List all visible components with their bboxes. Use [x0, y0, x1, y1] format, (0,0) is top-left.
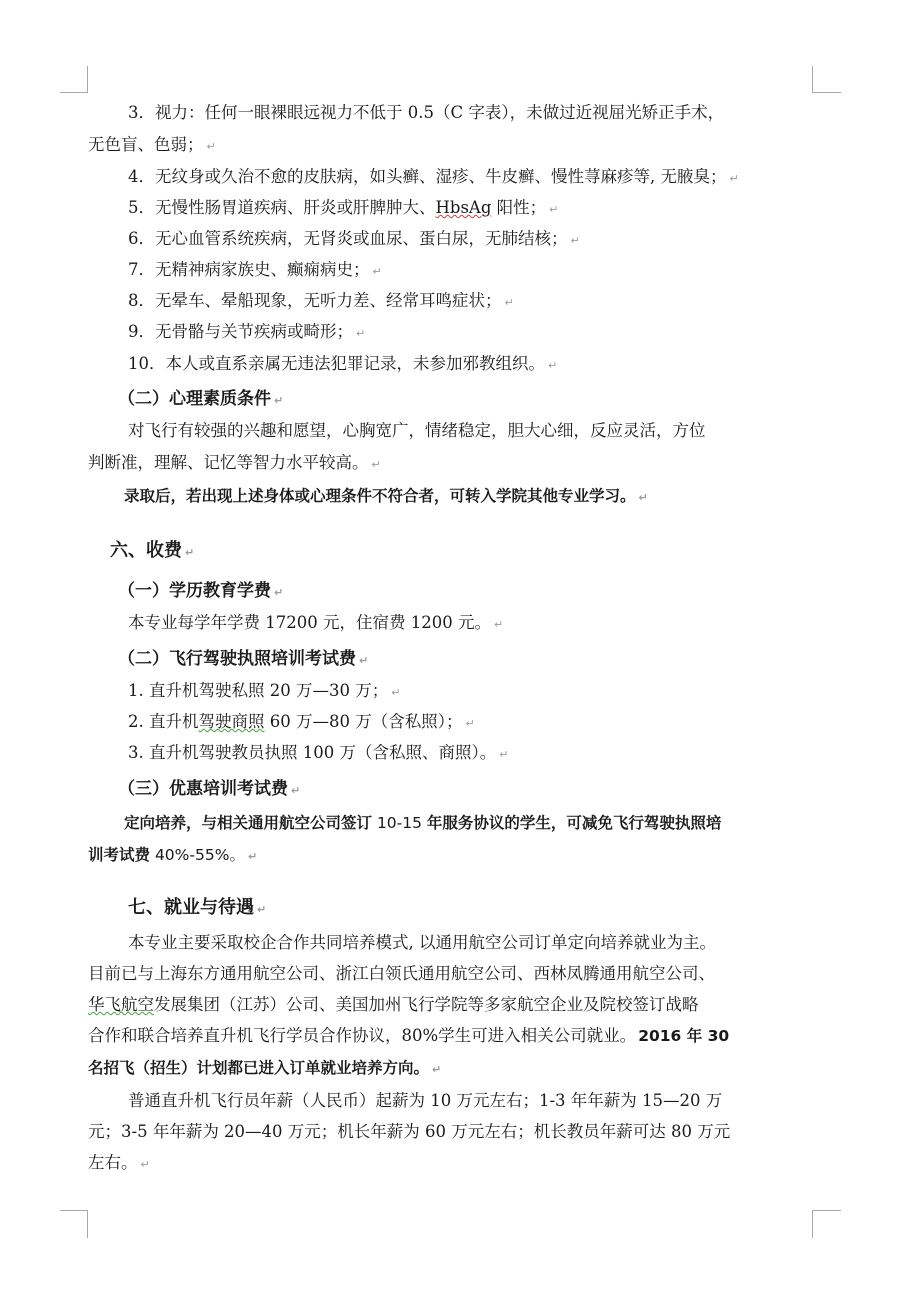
- discount-text-line1: 定向培养，与相关通用航空公司签订 10-15 年服务协议的学生，可减免飞行驾驶执…: [124, 812, 721, 834]
- paragraph-mark-icon: ↵: [639, 491, 648, 504]
- text: 六、收费: [110, 540, 182, 561]
- paragraph-mark-icon: ↵: [356, 327, 365, 340]
- license-fee-heading: （二）飞行驾驶执照培训考试费↵: [118, 648, 368, 672]
- paragraph-mark-icon: ↵: [291, 784, 300, 797]
- paragraph-mark-icon: ↵: [185, 546, 194, 559]
- text: 6．无心血管系统疾病，无肾炎或血尿、蛋白尿，无肺结核；: [128, 229, 568, 248]
- text: 9．无骨骼与关节疾病或畸形；: [128, 322, 353, 341]
- margin-corner-top-left: [60, 66, 88, 93]
- paragraph-mark-icon: ↵: [499, 748, 508, 761]
- requirement-item-4: 4．无纹身或久治不愈的皮肤病，如头癣、湿疹、牛皮癣、慢性荨麻疹等, 无腋臭；↵: [128, 166, 739, 190]
- requirement-item-10: 10．本人或直系亲属无违法犯罪记录，未参加邪教组织。↵: [128, 353, 557, 377]
- text: 2016 年 30: [638, 1027, 729, 1045]
- text: （一）学历教育学费: [118, 581, 271, 601]
- text: 4．无纹身或久治不愈的皮肤病，如头癣、湿疹、牛皮癣、慢性荨麻疹等, 无腋臭；: [128, 167, 727, 186]
- employment-p1-line4: 合作和联合培养直升机飞行学员合作协议，80%学生可进入相关公司就业。2016 年…: [88, 1025, 729, 1047]
- requirement-item-3-line2: 无色盲、色弱；↵: [88, 134, 216, 158]
- employment-p1-line5: 名招飞（招生）计划都已进入订单就业培养方向。↵: [88, 1057, 441, 1081]
- paragraph-mark-icon: ↵: [359, 654, 368, 667]
- admission-note: 录取后，若出现上述身体或心理条件不符合者，可转入学院其他专业学习。↵: [124, 485, 648, 509]
- psych-heading: （二）心理素质条件↵: [118, 388, 283, 412]
- grammar-check-term[interactable]: 华飞航空: [88, 995, 154, 1014]
- psych-text-line1: 对飞行有较强的兴趣和愿望，心胸宽广，情绪稳定，胆大心细，反应灵活，方位: [128, 420, 706, 442]
- tuition-heading: （一）学历教育学费↵: [118, 580, 283, 604]
- text: 7．无精神病家族史、癫痫病史；: [128, 260, 370, 279]
- section-6-heading: 六、收费↵: [110, 540, 194, 564]
- paragraph-mark-icon: ↵: [274, 394, 283, 407]
- paragraph-mark-icon: ↵: [141, 1158, 150, 1171]
- paragraph-mark-icon: ↵: [257, 903, 266, 916]
- text: 10．本人或直系亲属无违法犯罪记录，未参加邪教组织。: [128, 354, 545, 373]
- text: 2. 直升机: [128, 712, 199, 731]
- text: （二）飞行驾驶执照培训考试费: [118, 649, 356, 669]
- discount-text-line2: 训考试费 40%-55%。↵: [88, 844, 257, 868]
- license-fee-item-2: 2. 直升机驾驶商照 60 万—80 万（含私照）；↵: [128, 711, 475, 735]
- text: 判断准，理解、记忆等智力水平较高。: [88, 453, 369, 472]
- paragraph-mark-icon: ↵: [373, 265, 382, 278]
- text: 年服务协议的学生，可减免飞行驾驶执照培: [427, 814, 722, 832]
- text: 无色盲、色弱；: [88, 135, 204, 154]
- requirement-item-5: 5．无慢性肠胃道疾病、肝炎或肝脾肿大、HbsAg 阳性；↵: [128, 197, 558, 221]
- paragraph-mark-icon: ↵: [549, 203, 558, 216]
- margin-corner-bottom-left: [60, 1210, 88, 1238]
- paragraph-mark-icon: ↵: [432, 1063, 441, 1076]
- text: 本专业每学年学费 17200 元，住宿费 1200 元。: [128, 613, 491, 632]
- text: 60 万—80 万（含私照）；: [265, 712, 463, 731]
- text: 定向培养，与相关通用航空公司签订: [124, 814, 372, 832]
- requirement-item-3-line1: 3．视力：任何一眼裸眼远视力不低于 0.5（C 字表），未做过近视屈光矫正手术，: [128, 102, 724, 124]
- text: 训考试费: [88, 846, 150, 864]
- requirement-item-8: 8．无晕车、晕船现象，无听力差、经常耳鸣症状；↵: [128, 290, 514, 314]
- margin-corner-bottom-right: [812, 1210, 841, 1238]
- section-7-heading: 七、就业与待遇↵: [128, 897, 266, 921]
- text: 合作和联合培养直升机飞行学员合作协议，80%学生可进入相关公司就业。: [88, 1026, 636, 1045]
- license-fee-item-3: 3. 直升机驾驶教员执照 100 万（含私照、商照）。↵: [128, 742, 508, 766]
- employment-p1-line3: 华飞航空发展集团（江苏）公司、美国加州飞行学院等多家航空企业及院校签订战略: [88, 994, 699, 1016]
- paragraph-mark-icon: ↵: [274, 586, 283, 599]
- requirement-item-9: 9．无骨骼与关节疾病或畸形；↵: [128, 321, 365, 345]
- paragraph-mark-icon: ↵: [494, 618, 503, 631]
- discount-heading: （三）优惠培训考试费↵: [118, 778, 300, 802]
- text: 阳性；: [491, 198, 546, 217]
- paragraph-mark-icon: ↵: [505, 296, 514, 309]
- requirement-item-7: 7．无精神病家族史、癫痫病史；↵: [128, 259, 382, 283]
- text: 40%-55%。: [150, 846, 245, 864]
- paragraph-mark-icon: ↵: [207, 140, 216, 153]
- text: 5．无慢性肠胃道疾病、肝炎或肝脾肿大、: [128, 198, 436, 217]
- employment-p1-line1: 本专业主要采取校企合作共同培养模式, 以通用航空公司订单定向培养就业为主。: [128, 932, 716, 954]
- text: 8．无晕车、晕船现象，无听力差、经常耳鸣症状；: [128, 291, 502, 310]
- salary-line2: 元；3-5 年年薪为 20—40 万元；机长年薪为 60 万元左右；机长教员年薪…: [88, 1121, 730, 1143]
- psych-text-line2: 判断准，理解、记忆等智力水平较高。↵: [88, 452, 381, 476]
- salary-line3: 左右。↵: [88, 1152, 150, 1176]
- text: （二）心理素质条件: [118, 389, 271, 409]
- text: 1. 直升机驾驶私照 20 万—30 万；: [128, 681, 388, 700]
- paragraph-mark-icon: ↵: [391, 686, 400, 699]
- paragraph-mark-icon: ↵: [571, 234, 580, 247]
- text: 3. 直升机驾驶教员执照 100 万（含私照、商照）。: [128, 743, 496, 762]
- text: 发展集团（江苏）公司、美国加州飞行学院等多家航空企业及院校签订战略: [154, 995, 699, 1014]
- paragraph-mark-icon: ↵: [372, 458, 381, 471]
- text: 10-15: [372, 814, 427, 832]
- tuition-text: 本专业每学年学费 17200 元，住宿费 1200 元。↵: [128, 612, 503, 636]
- spellcheck-term[interactable]: HbsAg: [436, 198, 492, 217]
- text: （三）优惠培训考试费: [118, 779, 288, 799]
- salary-line1: 普通直升机飞行员年薪（人民币）起薪为 10 万元左右；1-3 年年薪为 15—2…: [128, 1090, 722, 1112]
- requirement-item-6: 6．无心血管系统疾病，无肾炎或血尿、蛋白尿，无肺结核；↵: [128, 228, 580, 252]
- text: 录取后，若出现上述身体或心理条件不符合者，可转入学院其他专业学习。: [124, 487, 636, 505]
- text: 七、就业与待遇: [128, 897, 254, 918]
- paragraph-mark-icon: ↵: [548, 359, 557, 372]
- margin-corner-top-right: [812, 66, 841, 93]
- license-fee-item-1: 1. 直升机驾驶私照 20 万—30 万；↵: [128, 680, 400, 704]
- grammar-check-term[interactable]: 驾驶商照: [199, 712, 265, 731]
- text: 左右。: [88, 1153, 138, 1172]
- paragraph-mark-icon: ↵: [248, 850, 257, 863]
- paragraph-mark-icon: ↵: [730, 172, 739, 185]
- employment-p1-line2: 目前已与上海东方通用航空公司、浙江白领氏通用航空公司、西林凤腾通用航空公司、: [88, 963, 715, 985]
- paragraph-mark-icon: ↵: [465, 717, 474, 730]
- text: 名招飞（招生）计划都已进入订单就业培养方向。: [88, 1059, 429, 1077]
